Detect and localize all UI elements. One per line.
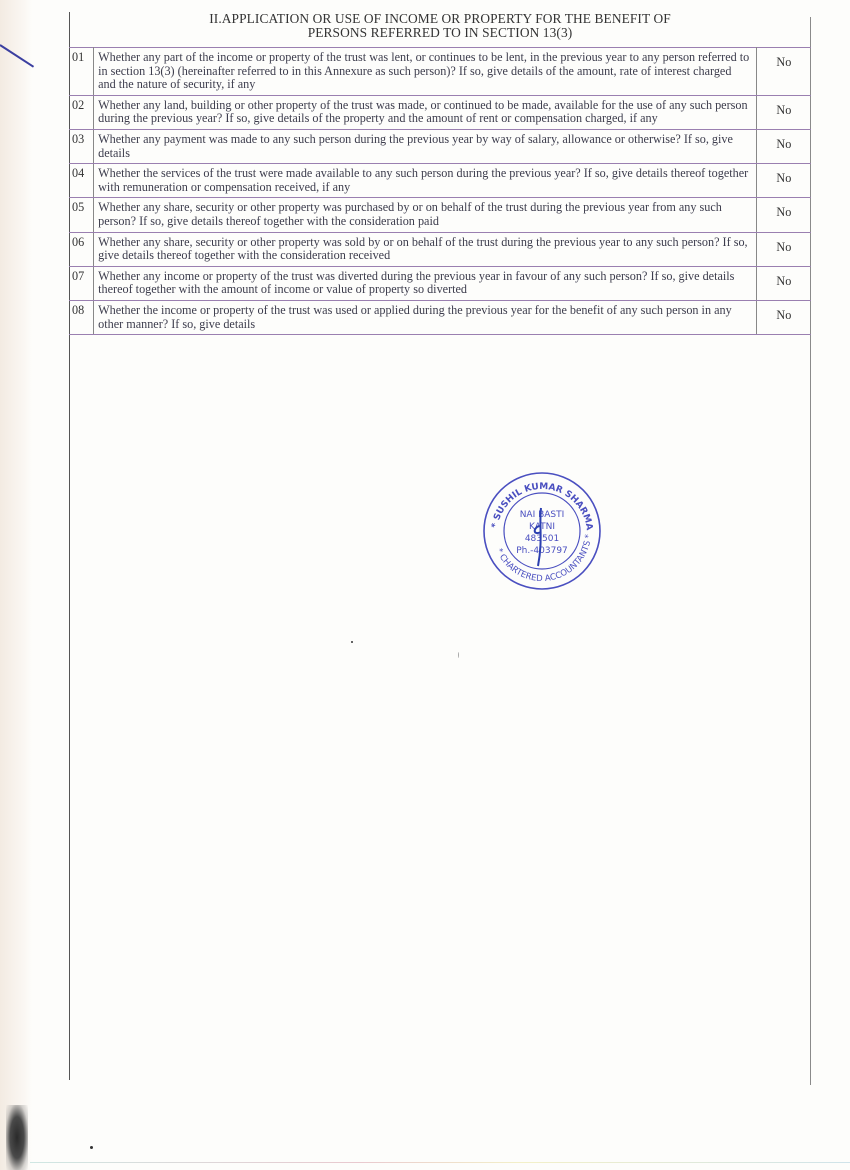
stamp-address-line-2: KATNI <box>529 522 555 532</box>
row-answer: No <box>756 232 811 266</box>
row-question: Whether the services of the trust were m… <box>94 164 757 198</box>
row-answer: No <box>756 300 811 334</box>
row-answer: No <box>756 164 811 198</box>
row-answer: No <box>756 95 811 129</box>
row-answer: No <box>756 48 811 96</box>
scan-smudge <box>6 1105 28 1170</box>
company-seal-stamp: * SUSHIL KUMAR SHARMA & CO. * CHARTERED … <box>481 470 603 592</box>
stamp-address-line-3: 483501 <box>525 534 559 544</box>
scan-edge-shadow <box>0 0 32 1170</box>
row-number: 02 <box>69 95 94 129</box>
row-answer: No <box>756 266 811 300</box>
stamp-address-line-1: NAI BASTI <box>520 510 565 520</box>
section-title: II.APPLICATION OR USE OF INCOME OR PROPE… <box>70 12 810 40</box>
row-number: 06 <box>69 232 94 266</box>
row-answer: No <box>756 198 811 232</box>
stamp-phone: Ph.-403797 <box>516 546 568 556</box>
row-number: 05 <box>69 198 94 232</box>
row-number: 04 <box>69 164 94 198</box>
speck <box>458 652 459 658</box>
row-number: 01 <box>69 48 94 96</box>
table-row: 06Whether any share, security or other p… <box>69 232 811 266</box>
table-row: 05Whether any share, security or other p… <box>69 198 811 232</box>
row-question: Whether any share, security or other pro… <box>94 232 757 266</box>
speck <box>90 1146 93 1149</box>
table-row: 08Whether the income or property of the … <box>69 300 811 334</box>
row-question: Whether any income or property of the tr… <box>94 266 757 300</box>
table-row: 04Whether the services of the trust were… <box>69 164 811 198</box>
table-row: 03Whether any payment was made to any su… <box>69 129 811 163</box>
table-row: 01Whether any part of the income or prop… <box>69 48 811 96</box>
row-answer: No <box>756 129 811 163</box>
speck <box>351 641 353 643</box>
scan-bottom-edge <box>30 1162 850 1163</box>
section-title-line-2: PERSONS REFERRED TO IN SECTION 13(3) <box>70 26 810 40</box>
row-number: 08 <box>69 300 94 334</box>
row-question: Whether the income or property of the tr… <box>94 300 757 334</box>
row-question: Whether any part of the income or proper… <box>94 48 757 96</box>
row-question: Whether any land, building or other prop… <box>94 95 757 129</box>
row-question: Whether any payment was made to any such… <box>94 129 757 163</box>
row-number: 03 <box>69 129 94 163</box>
row-number: 07 <box>69 266 94 300</box>
table-row: 02Whether any land, building or other pr… <box>69 95 811 129</box>
questions-table: 01Whether any part of the income or prop… <box>69 47 811 335</box>
row-question: Whether any share, security or other pro… <box>94 198 757 232</box>
section-title-line-1: II.APPLICATION OR USE OF INCOME OR PROPE… <box>70 12 810 26</box>
table-row: 07Whether any income or property of the … <box>69 266 811 300</box>
